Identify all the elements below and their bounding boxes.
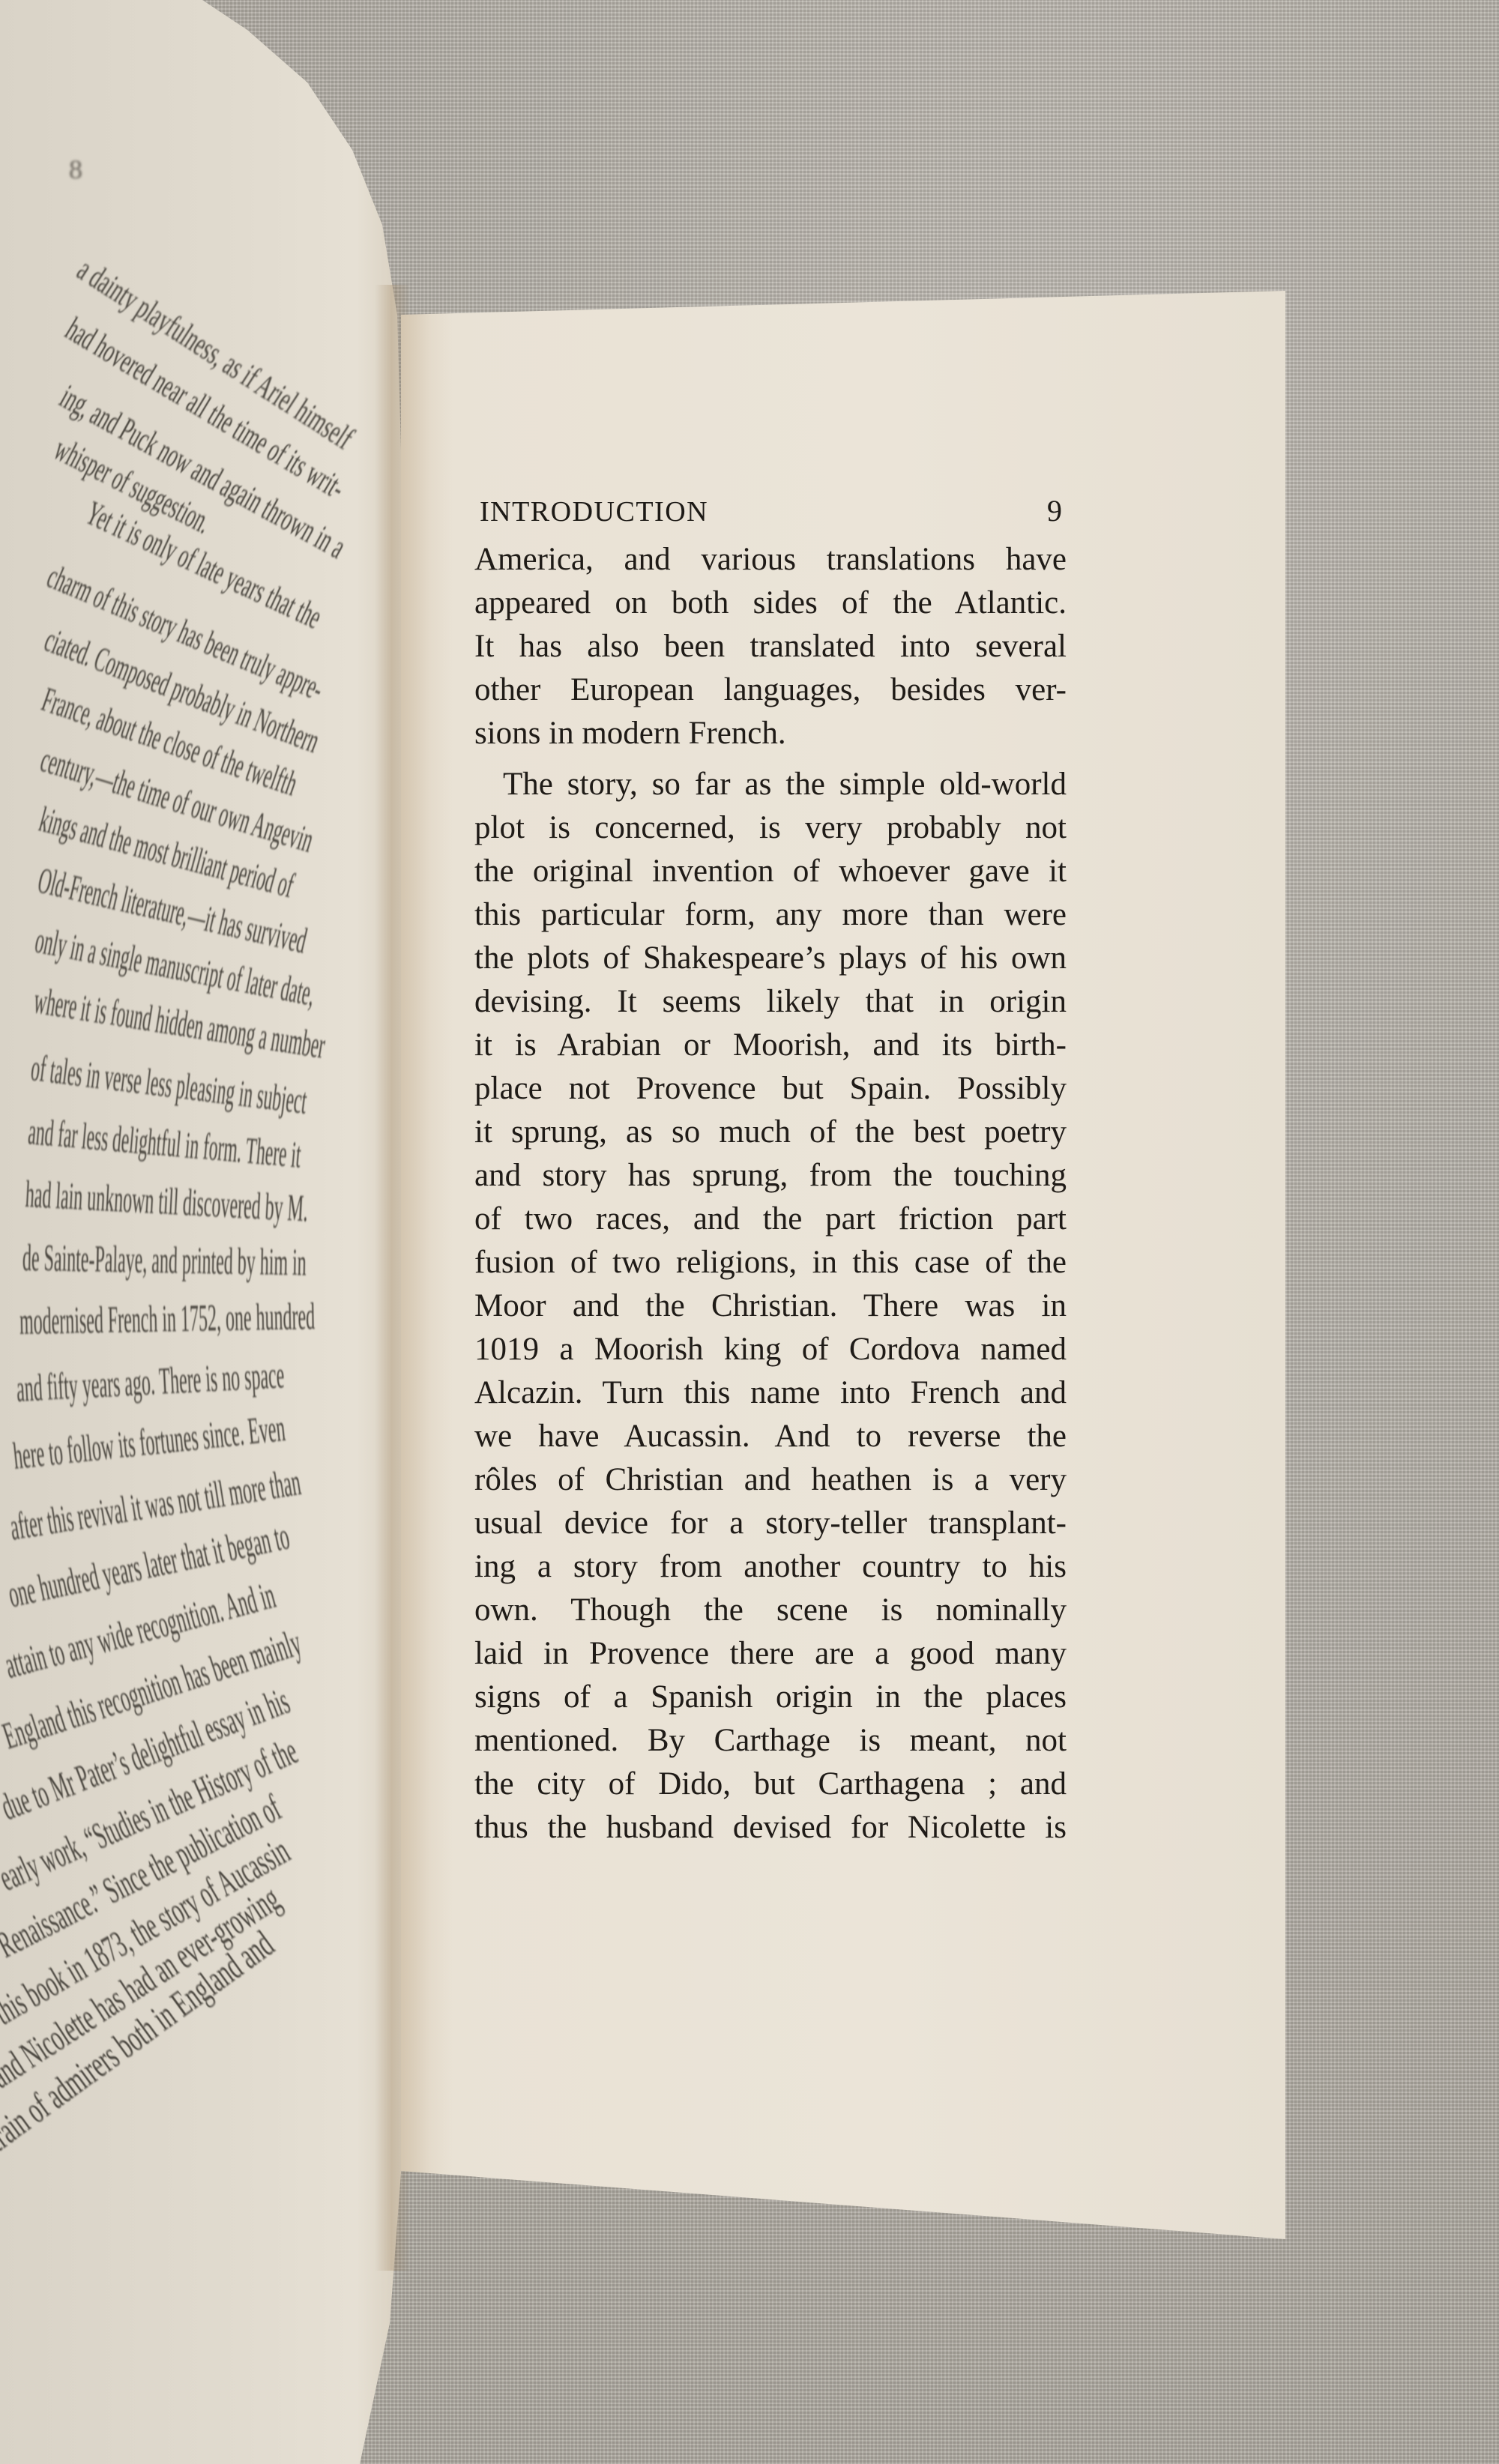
text-line: other European languages, besides ver- bbox=[474, 668, 1067, 712]
left-line: de Sainte-Palaye, and printed by him in bbox=[22, 1236, 307, 1285]
text-line: It has also been translated into several bbox=[474, 625, 1067, 668]
text-line: plot is concerned, is very probably not bbox=[474, 806, 1067, 850]
text-line: rôles of Christian and heathen is a very bbox=[474, 1458, 1067, 1502]
text-line: laid in Provence there are a good many bbox=[474, 1632, 1067, 1676]
text-line: Moor and the Christian. There was in bbox=[474, 1284, 1067, 1328]
body-text: America, and various translations have a… bbox=[474, 538, 1067, 1849]
text-line: signs of a Spanish origin in the places bbox=[474, 1676, 1067, 1719]
text-line: ing a story from another country to his bbox=[474, 1545, 1067, 1589]
left-line: here to follow its fortunes since. Even bbox=[11, 1407, 287, 1479]
page-number: 9 bbox=[1047, 493, 1063, 528]
text-line: of two races, and the part friction part bbox=[474, 1198, 1067, 1241]
text-line: thus the husband devised for Nicolette i… bbox=[474, 1806, 1067, 1849]
text-line: own. Though the scene is nominally bbox=[474, 1589, 1067, 1632]
page-header: INTRODUCTION 9 bbox=[480, 493, 1063, 531]
text-line: place not Provence but Spain. Possibly bbox=[474, 1067, 1067, 1111]
text-line: it is Arabian or Moorish, and its birth- bbox=[474, 1024, 1067, 1067]
text-line: sions in modern French. bbox=[474, 712, 1067, 755]
text-line: devising. It seems likely that in origin bbox=[474, 980, 1067, 1024]
left-page: 8 a dainty playfulness, as if Ariel hims… bbox=[0, 0, 405, 2464]
text-line: mentioned. By Carthage is meant, not bbox=[474, 1719, 1067, 1763]
text-line: The story, so far as the simple old-worl… bbox=[474, 763, 1067, 806]
paragraph-break bbox=[474, 755, 1067, 763]
text-line: 1019 a Moorish king of Cordova named bbox=[474, 1328, 1067, 1371]
text-line: this particular form, any more than were bbox=[474, 893, 1067, 937]
left-line: had lain unknown till discovered by M. bbox=[24, 1173, 309, 1231]
text-line: usual device for a story-teller transpla… bbox=[474, 1502, 1067, 1545]
running-title: INTRODUCTION bbox=[480, 495, 708, 528]
left-page-text: a dainty playfulness, as if Ariel himsel… bbox=[0, 0, 405, 2464]
text-line: the plots of Shakespeare’s plays of his … bbox=[474, 937, 1067, 980]
left-line: and far less delightful in form. There i… bbox=[26, 1109, 303, 1177]
text-line: and story has sprung, from the touching bbox=[474, 1154, 1067, 1198]
text-line: we have Aucassin. And to reverse the bbox=[474, 1415, 1067, 1458]
left-line: and fifty years ago. There is no space bbox=[15, 1353, 285, 1411]
text-line: appeared on both sides of the Atlantic. bbox=[474, 582, 1067, 625]
text-line: America, and various translations have bbox=[474, 538, 1067, 582]
text-line: the city of Dido, but Carthagena ; and bbox=[474, 1763, 1067, 1806]
text-line: Alcazin. Turn this name into French and bbox=[474, 1371, 1067, 1415]
left-line: modernised French in 1752, one hundred bbox=[19, 1295, 315, 1344]
right-page: INTRODUCTION 9 America, and various tran… bbox=[401, 291, 1285, 2239]
text-line: it sprung, as so much of the best poetry bbox=[474, 1111, 1067, 1154]
text-line: fusion of two religions, in this case of… bbox=[474, 1241, 1067, 1284]
text-line: the original invention of whoever gave i… bbox=[474, 850, 1067, 893]
